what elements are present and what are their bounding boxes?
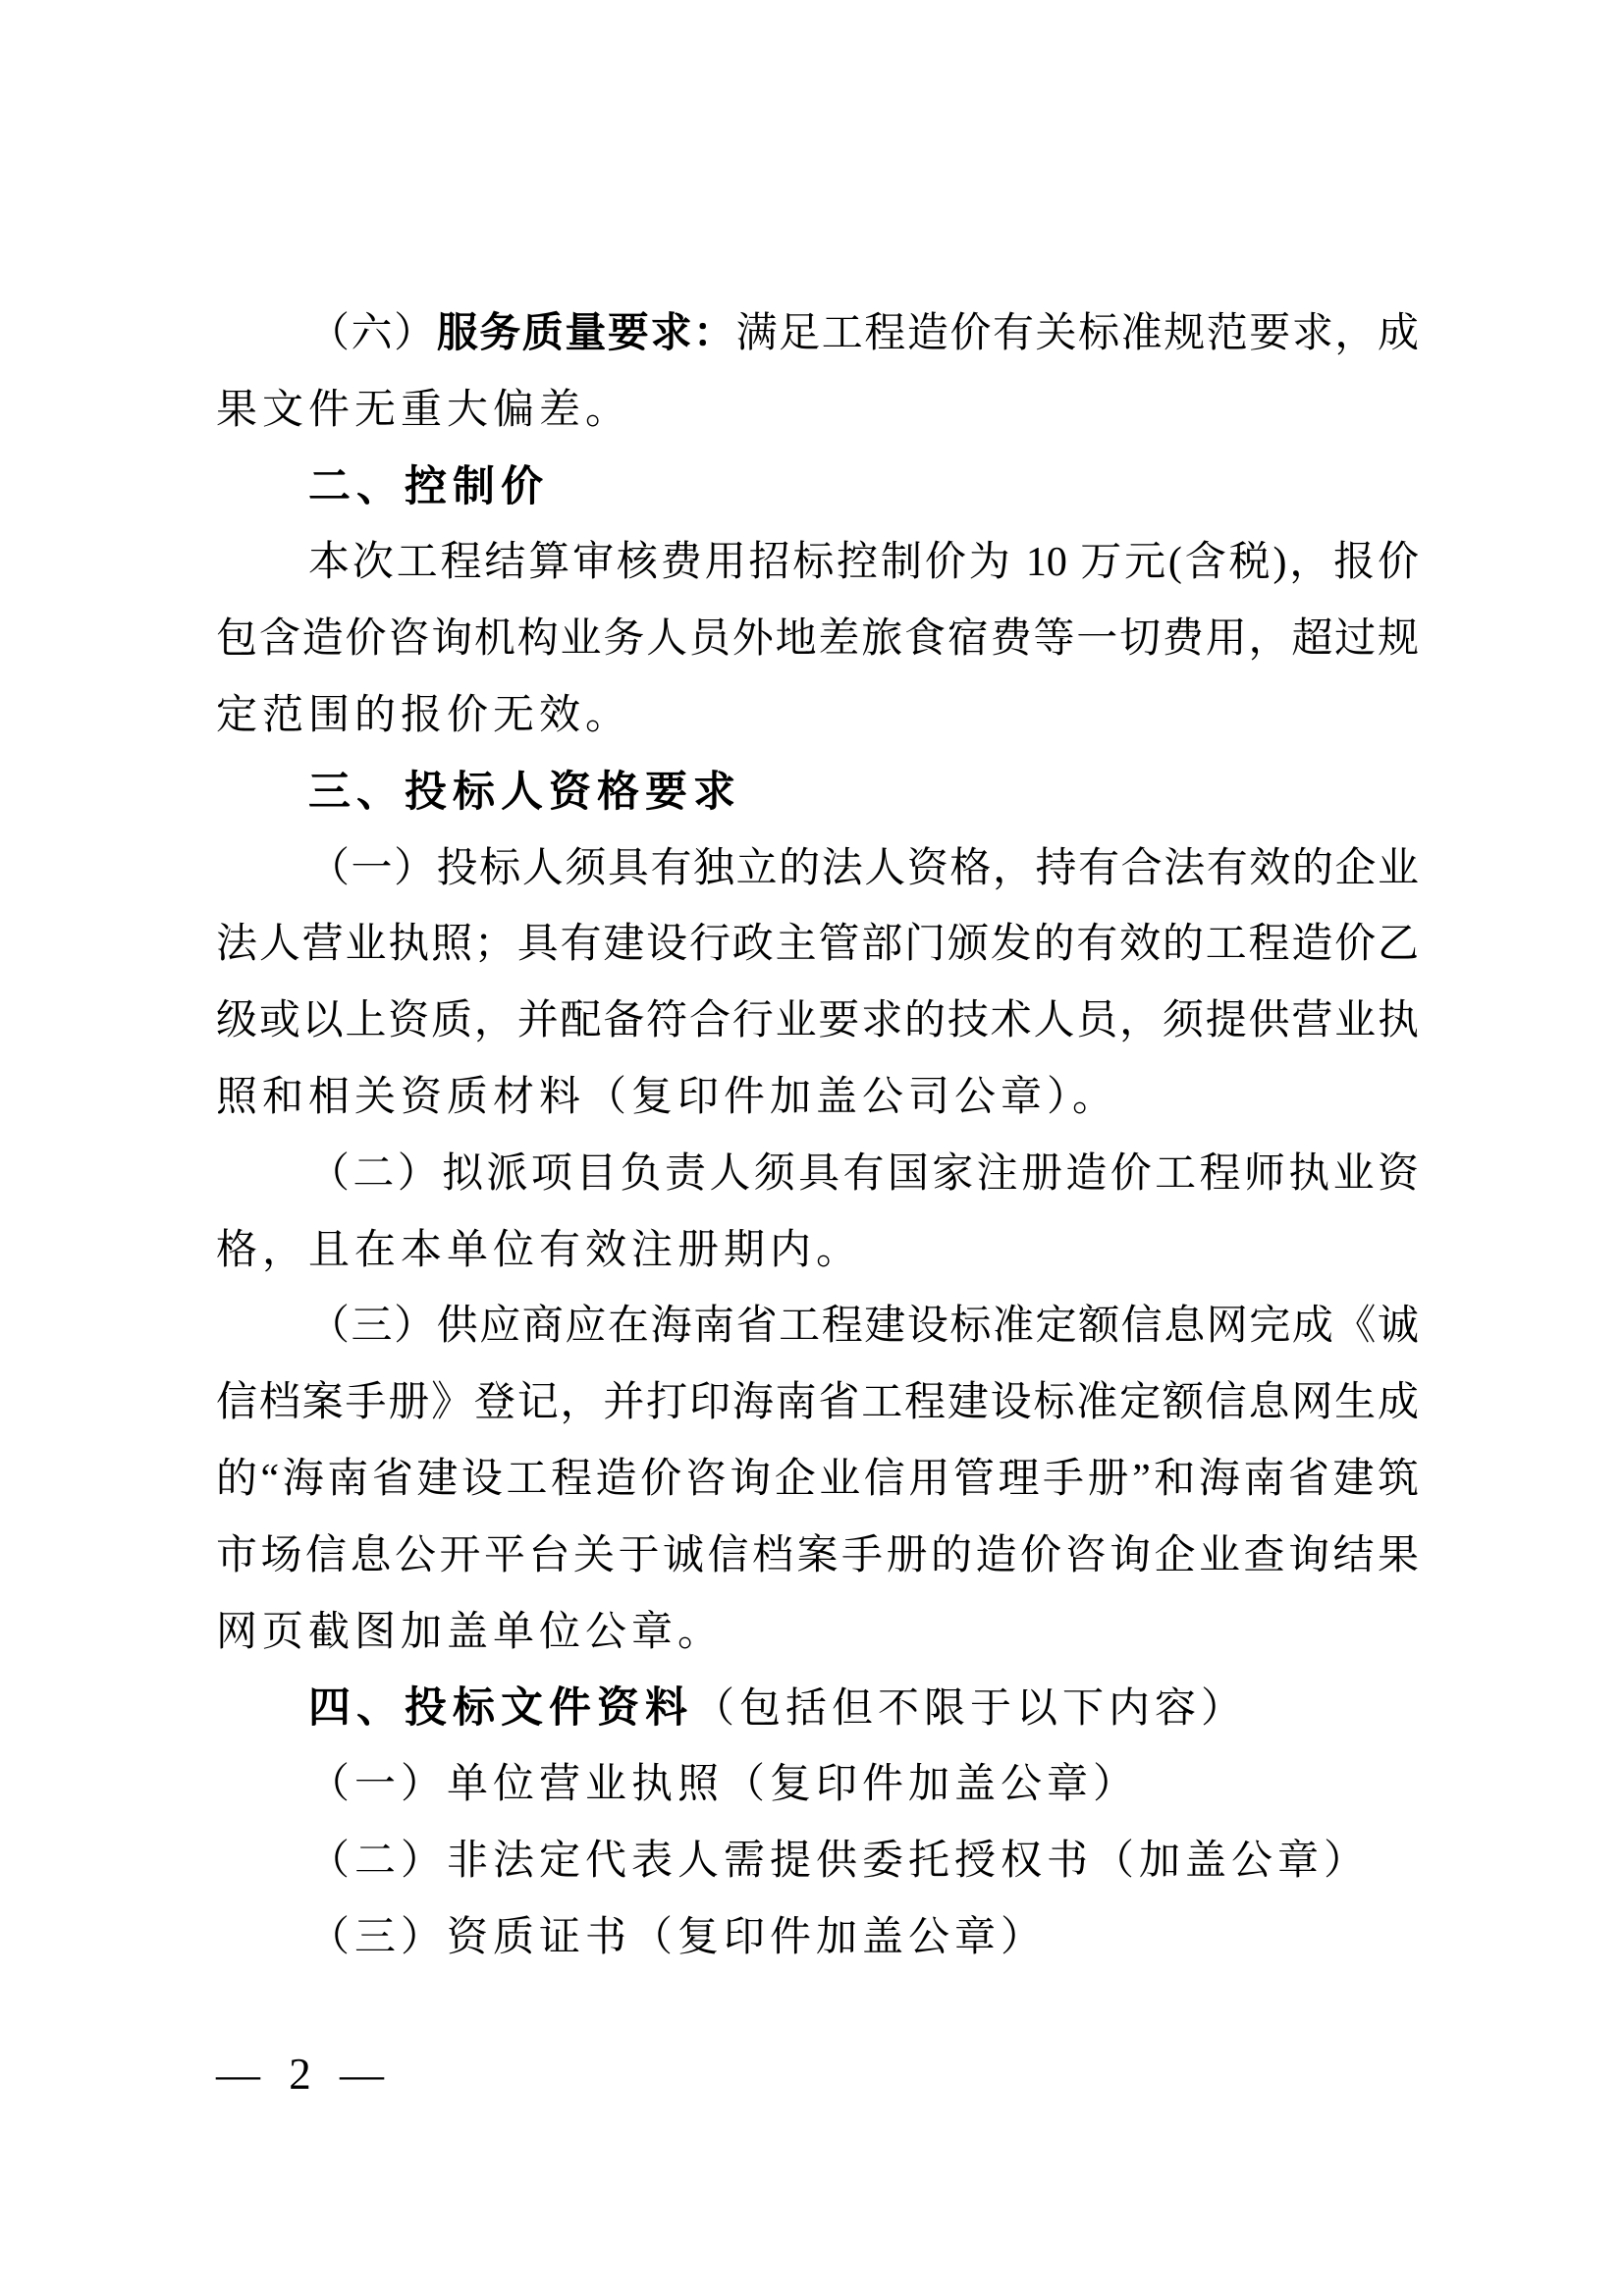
- document-line: 级或以上资质，并配备符合行业要求的技术人员，须提供营业执: [216, 984, 1419, 1060]
- document-line: （三）供应商应在海南省工程建设标准定额信息网完成《诚: [216, 1289, 1419, 1365]
- text-run: （一）投标人须具有独立的法人资格，持有合法有效的企业: [308, 846, 1419, 891]
- text-run: 市场信息公开平台关于诚信档案手册的造价咨询企业查询结果: [216, 1533, 1419, 1578]
- text-run: （三）供应商应在海南省工程建设标准定额信息网完成《诚: [308, 1304, 1419, 1349]
- document-line: 格，且在本单位有效注册期内。: [216, 1213, 1419, 1290]
- document-line: （六）服务质量要求：满足工程造价有关标准规范要求，成: [216, 296, 1419, 373]
- section-heading-text: 三、投标人资格要求: [308, 769, 741, 816]
- document-line: 二、控制价: [216, 450, 1419, 526]
- text-run: 服务质量要求：: [437, 311, 736, 356]
- text-run: 格，且在本单位有效注册期内。: [216, 1228, 862, 1273]
- text-run: 本次工程结算审核费用招标控制价为 10 万元(含税)，报价: [308, 540, 1419, 585]
- text-run: 定范围的报价无效。: [216, 693, 631, 738]
- text-run: 果文件无重大偏差。: [216, 388, 631, 433]
- text-run: 照和相关资质材料（复印件加盖公司公章）。: [216, 1075, 1118, 1120]
- document-line: 信档案手册》登记，并打印海南省工程建设标准定额信息网生成: [216, 1365, 1419, 1442]
- document-line: 市场信息公开平台关于诚信档案手册的造价咨询企业查询结果: [216, 1519, 1419, 1595]
- document-line: 四、投标文件资料（包括但不限于以下内容）: [216, 1671, 1419, 1747]
- document-page: （六）服务质量要求：满足工程造价有关标准规范要求，成果文件无重大偏差。二、控制价…: [0, 0, 1624, 2296]
- text-run: 法人营业执照；具有建设行政主管部门颁发的有效的工程造价乙: [216, 922, 1419, 967]
- document-line: 果文件无重大偏差。: [216, 373, 1419, 450]
- text-run: （包括但不限于以下内容）: [693, 1686, 1247, 1732]
- text-run: 包含造价咨询机构业务人员外地差旅食宿费等一切费用，超过规: [216, 616, 1419, 662]
- section-heading-text: 四、投标文件资料: [308, 1684, 693, 1732]
- document-line: 三、投标人资格要求: [216, 755, 1419, 831]
- text-run: 满足工程造价有关标准规范要求，成: [736, 311, 1419, 356]
- document-line: 法人营业执照；具有建设行政主管部门颁发的有效的工程造价乙: [216, 907, 1419, 984]
- document-line: 包含造价咨询机构业务人员外地差旅食宿费等一切费用，超过规: [216, 602, 1419, 678]
- page-number: — 2 —: [216, 2050, 386, 2099]
- document-line: （三）资质证书（复印件加盖公章）: [216, 1900, 1419, 1977]
- document-line: （二）拟派项目负责人须具有国家注册造价工程师执业资: [216, 1137, 1419, 1213]
- section-heading-text: 二、控制价: [308, 463, 549, 510]
- text-run: （二）拟派项目负责人须具有国家注册造价工程师执业资: [308, 1151, 1419, 1197]
- text-run: 级或以上资质，并配备符合行业要求的技术人员，须提供营业执: [216, 998, 1419, 1043]
- text-run: （二）非法定代表人需提供委托授权书（加盖公章）: [308, 1839, 1370, 1884]
- document-line: （二）非法定代表人需提供委托授权书（加盖公章）: [216, 1824, 1419, 1900]
- document-line: 的“海南省建设工程造价咨询企业信用管理手册”和海南省建筑: [216, 1442, 1419, 1519]
- text-run: （一）单位营业执照（复印件加盖公章）: [308, 1762, 1139, 1807]
- document-body: （六）服务质量要求：满足工程造价有关标准规范要求，成果文件无重大偏差。二、控制价…: [216, 296, 1419, 1977]
- text-run: （三）资质证书（复印件加盖公章）: [308, 1915, 1047, 1960]
- text-run: 网页截图加盖单位公章。: [216, 1610, 724, 1655]
- text-run: 信档案手册》登记，并打印海南省工程建设标准定额信息网生成: [216, 1380, 1419, 1425]
- document-line: 定范围的报价无效。: [216, 678, 1419, 755]
- document-line: 照和相关资质材料（复印件加盖公司公章）。: [216, 1060, 1419, 1137]
- text-run: （六）: [308, 311, 437, 356]
- document-line: （一）投标人须具有独立的法人资格，持有合法有效的企业: [216, 831, 1419, 908]
- document-line: 网页截图加盖单位公章。: [216, 1595, 1419, 1672]
- document-line: （一）单位营业执照（复印件加盖公章）: [216, 1747, 1419, 1824]
- text-run: 的“海南省建设工程造价咨询企业信用管理手册”和海南省建筑: [216, 1457, 1419, 1502]
- document-line: 本次工程结算审核费用招标控制价为 10 万元(含税)，报价: [216, 525, 1419, 602]
